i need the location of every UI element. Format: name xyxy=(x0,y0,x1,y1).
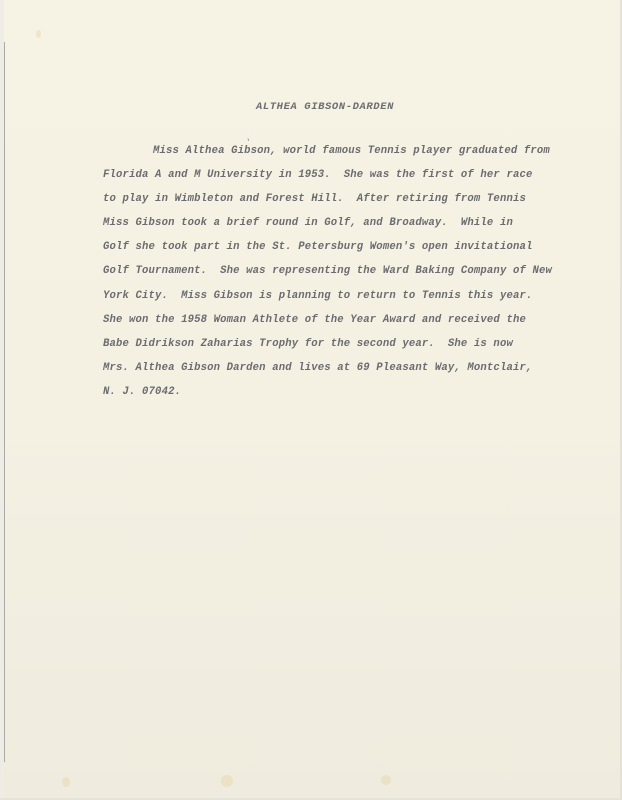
body-line: Florida A and M University in 1953. She … xyxy=(103,163,553,187)
document-page: ALTHEA GIBSON-DARDEN ' Miss Althea Gibso… xyxy=(0,0,622,800)
body-line: Miss Gibson took a brief round in Golf, … xyxy=(103,211,553,235)
body-line: Mrs. Althea Gibson Darden and lives at 6… xyxy=(103,356,553,380)
body-line: Golf Tournament. She was representing th… xyxy=(103,259,553,283)
body-line: to play in Wimbleton and Forest Hill. Af… xyxy=(103,187,553,211)
body-line: She won the 1958 Woman Athlete of the Ye… xyxy=(103,308,553,332)
document-body: Miss Althea Gibson, world famous Tennis … xyxy=(103,139,553,404)
body-line: Golf she took part in the St. Petersburg… xyxy=(103,235,553,259)
document-title: ALTHEA GIBSON-DARDEN xyxy=(0,101,622,113)
paper-stain xyxy=(36,30,41,38)
body-line: N. J. 07042. xyxy=(103,380,553,404)
body-line: Miss Althea Gibson, world famous Tennis … xyxy=(103,139,553,163)
paper-stain xyxy=(381,775,391,785)
paper-stain xyxy=(221,775,233,787)
page-left-edge-line xyxy=(4,42,5,762)
body-line: Babe Didrikson Zaharias Trophy for the s… xyxy=(103,332,553,356)
paper-stain xyxy=(62,777,70,787)
body-line: York City. Miss Gibson is planning to re… xyxy=(103,284,553,308)
